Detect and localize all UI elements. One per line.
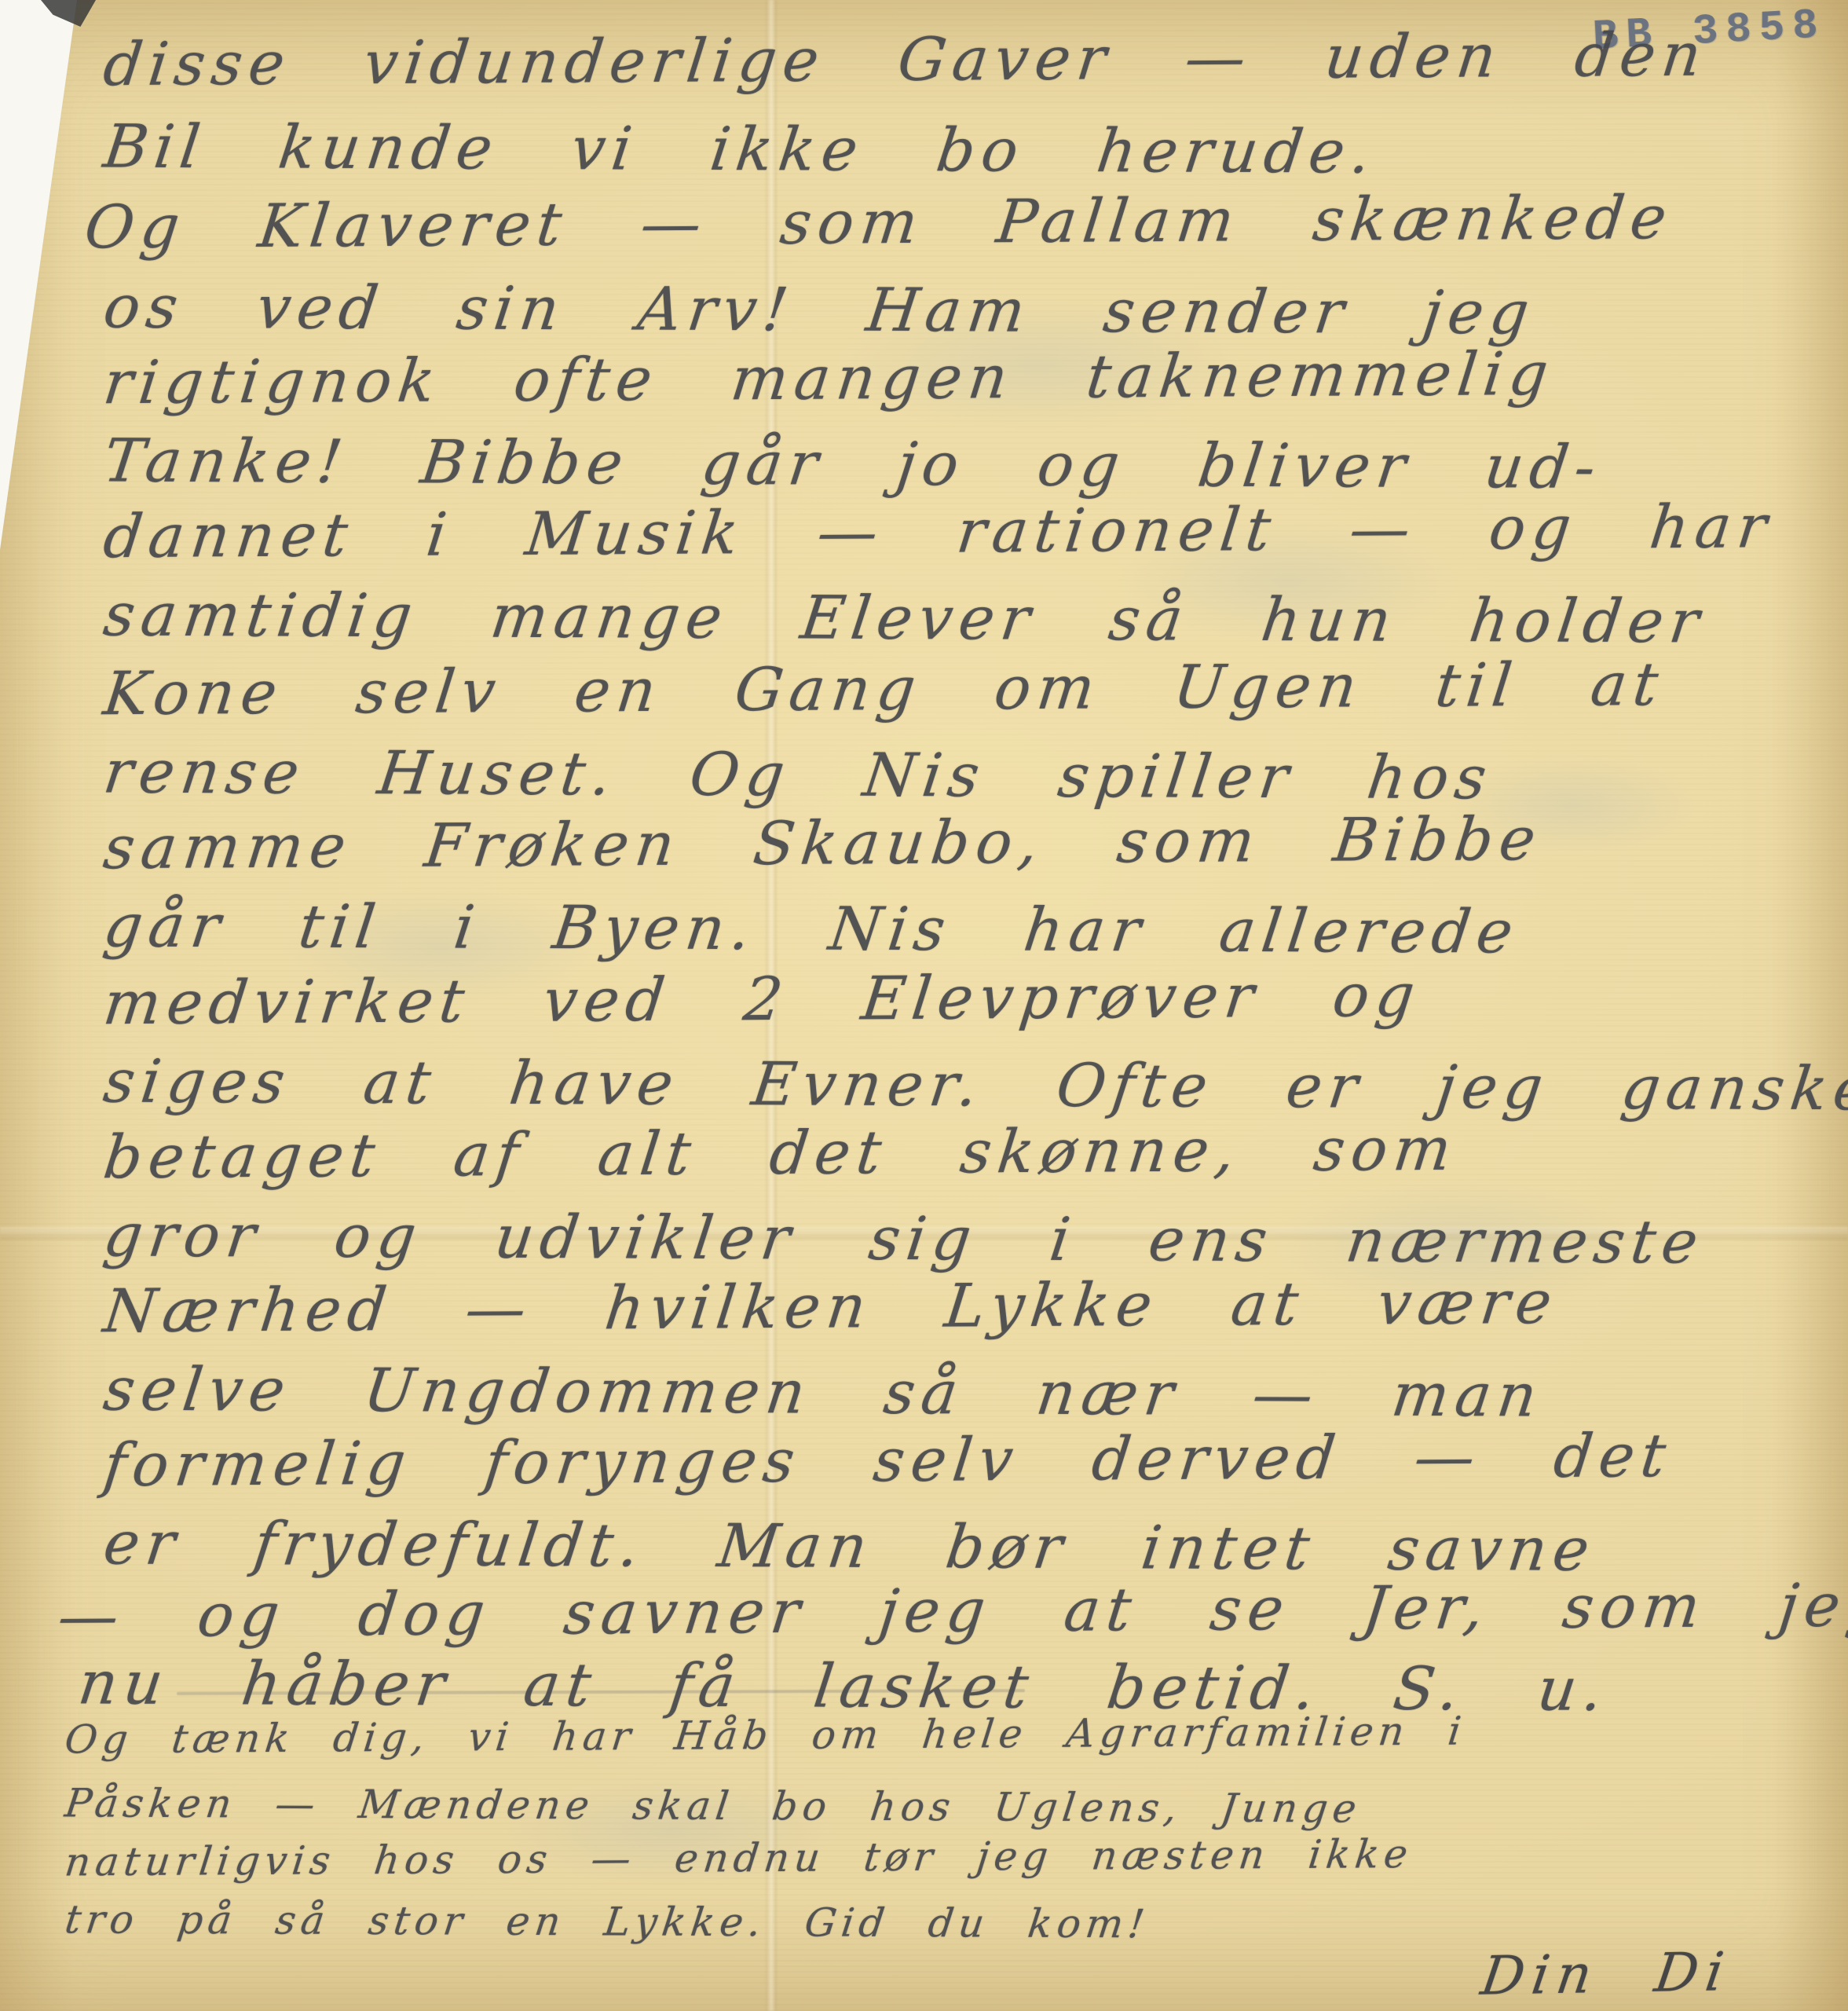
handwritten-line: gror og udvikler sig i ens nærmeste <box>0 1205 1831 1273</box>
handwritten-line: formelig forynges selv derved — det <box>0 1425 1833 1496</box>
handwritten-line: betaget af alt det skønne, som <box>0 1117 1833 1188</box>
handwritten-line: rense Huset. Og Nis spiller hos <box>0 742 1831 809</box>
handwritten-line: samme Frøken Skaubo, som Bibbe <box>0 808 1833 878</box>
handwritten-line: rigtignok ofte mangen taknemmelig <box>0 342 1833 413</box>
handwritten-line: samtidig mange Elever så hun holder <box>0 584 1831 652</box>
handwritten-line: tro på så stor en Lykke. Gid du kom! <box>0 1899 1828 1947</box>
handwritten-line: Og tænk dig, vi har Håb om hele Agrarfam… <box>0 1709 1831 1760</box>
handwritten-line: medvirket ved 2 Elevprøver og <box>0 963 1833 1034</box>
handwritten-line: Tanke! Bibbe går jo og bliver ud- <box>0 430 1831 498</box>
handwritten-line: selve Ungdommen så nær — man <box>0 1359 1831 1427</box>
handwritten-line: Og Klaveret — som Pallam skænkede <box>0 187 1833 258</box>
signature: Din Di <box>1477 1941 1735 2008</box>
handwritten-line: — og dog savner jeg at se Jer, som jeg <box>0 1576 1833 1647</box>
handwritten-line: Påsken — Mændene skal bo hos Uglens, Jun… <box>0 1783 1828 1830</box>
handwritten-line: siges at have Evner. Ofte er jeg ganske <box>0 1051 1831 1119</box>
handwritten-text-block: disse vidunderlige Gaver — uden den Bil … <box>0 0 1848 2011</box>
handwritten-line: naturligvis hos os — endnu tør jeg næste… <box>0 1832 1831 1882</box>
handwritten-line: er frydefuldt. Man bør intet savne <box>0 1513 1831 1581</box>
handwritten-line: går til i Byen. Nis har allerede <box>0 896 1831 963</box>
handwritten-line: dannet i Musik — rationelt — og har <box>0 496 1833 567</box>
handwritten-line: disse vidunderlige Gaver — uden den <box>0 24 1833 95</box>
handwritten-line: os ved sin Arv! Ham sender jeg <box>0 277 1831 344</box>
handwritten-line: Kone selv en Gang om Ugen til at <box>0 654 1833 724</box>
handwritten-line: Bil kunde vi ikke bo herude. <box>0 116 1831 184</box>
handwritten-line: Nærhed — hvilken Lykke at være <box>0 1271 1833 1342</box>
scanned-letter-page: BB 3858 disse vidunderlige Gaver — uden … <box>0 0 1848 2011</box>
